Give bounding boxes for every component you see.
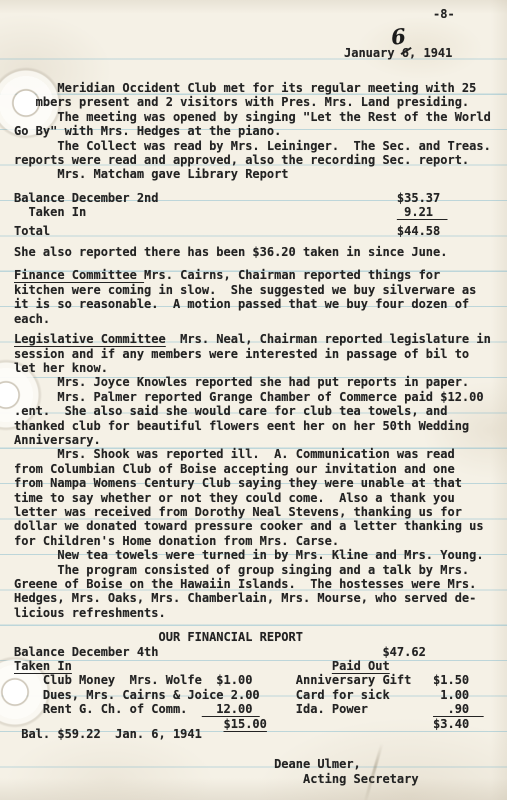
typewritten-line: Meridian Occident Club met for its regul… <box>14 81 506 95</box>
typewritten-line: from Columbian Club of Boise accepting o… <box>14 462 506 476</box>
typewritten-line: Club Money Mrs. Wolfe $1.00 Anniversary … <box>14 673 506 687</box>
library-balance-figures: Balance December 2nd $35.37 Taken In 9.2… <box>14 191 506 220</box>
typewritten-line: session and if any members were interest… <box>14 347 506 361</box>
typewritten-line: Hedges, Mrs. Oaks, Mrs. Chamberlain, Mrs… <box>14 591 506 605</box>
typewritten-line: Go By" with Mrs. Hedges at the piano. <box>14 124 506 138</box>
typewritten-line: it is so reasonable. A motion passed tha… <box>14 297 506 311</box>
typewritten-line: OUR FINANCIAL REPORT <box>14 630 506 644</box>
typewritten-line: Finance Committee Mrs. Cairns, Chairman … <box>14 268 506 282</box>
typewritten-line: Taken In Paid Out <box>14 659 506 673</box>
opening-paragraph: Meridian Occident Club met for its regul… <box>14 81 506 110</box>
typewritten-line: Mrs. Palmer reported Grange Chamber of C… <box>14 390 506 404</box>
finance-committee-paragraph: Finance Committee Mrs. Cairns, Chairman … <box>14 268 506 326</box>
typewritten-line: Balance December 4th $47.62 <box>14 645 506 659</box>
typewritten-line: The program consisted of group singing a… <box>14 563 506 577</box>
typewritten-line: mbers present and 2 visitors with Pres. … <box>14 95 506 109</box>
scanned-page: -8- January 6, 1941 6 Meridian Occident … <box>0 0 507 800</box>
typewritten-line: reports were read and approved, also the… <box>14 153 506 167</box>
typewritten-line: Mrs. Matcham gave Library Report <box>14 167 506 181</box>
typewritten-line: Deane Ulmer, <box>14 757 506 771</box>
typewritten-line: Greene of Boise on the Hawaiin Islands. … <box>14 577 506 591</box>
typewritten-line: for Children's Home donation from Mrs. C… <box>14 534 506 548</box>
typewritten-line: New tea towels were turned in by Mrs. Kl… <box>14 548 506 562</box>
program-paragraph: The program consisted of group singing a… <box>14 563 506 621</box>
tea-towels-paragraph: New tea towels were turned in by Mrs. Kl… <box>14 548 506 562</box>
typewritten-line: Taken In 9.21 <box>14 205 506 219</box>
typewritten-line: dollar we donated toward pressure cooker… <box>14 519 506 533</box>
typewritten-line: Total $44.58 <box>14 224 506 238</box>
typewritten-line: letter was received from Dorothy Neal St… <box>14 505 506 519</box>
taken-in-since-june: She also reported there has been $36.20 … <box>14 245 506 259</box>
knowles-paragraph: Mrs. Joyce Knowles reported she had put … <box>14 375 506 389</box>
typewritten-line: .ent. She also said she would care for c… <box>14 404 506 418</box>
collect-paragraph: The Collect was read by Mrs. Leininger. … <box>14 139 506 168</box>
typewritten-line: Acting Secretary <box>14 772 506 786</box>
typewritten-line: kitchen were coming in slow. She suggest… <box>14 283 506 297</box>
typewritten-line: Mrs. Joyce Knowles reported she had put … <box>14 375 506 389</box>
typewritten-line: Legislative Committee Mrs. Neal, Chairma… <box>14 332 506 346</box>
singing-paragraph: The meeting was opened by singing "Let t… <box>14 110 506 139</box>
library-report-line: Mrs. Matcham gave Library Report <box>14 167 506 181</box>
page-number: -8- <box>433 7 455 21</box>
date-year: , 1941 <box>409 46 452 60</box>
typewritten-line: She also reported there has been $36.20 … <box>14 245 506 259</box>
financial-report-table: OUR FINANCIAL REPORTBalance December 4th… <box>14 630 506 731</box>
typewritten-body: Meridian Occident Club met for its regul… <box>14 81 506 786</box>
typewritten-line: The meeting was opened by singing "Let t… <box>14 110 506 124</box>
typewritten-line: licious refreshments. <box>14 606 506 620</box>
typewritten-line: Rent G. Ch. of Comm. 12.00 Ida. Power .9… <box>14 702 506 716</box>
legislative-committee-paragraph: Legislative Committee Mrs. Neal, Chairma… <box>14 332 506 375</box>
typewritten-line: Anniversary. <box>14 433 506 447</box>
typewritten-line: The Collect was read by Mrs. Leininger. … <box>14 139 506 153</box>
typewritten-line: from Nampa Womens Century Club saying th… <box>14 476 506 490</box>
typewritten-line: thanked club for beautiful flowers eent … <box>14 419 506 433</box>
signature-block: Deane Ulmer, Acting Secretary <box>14 757 506 786</box>
typewritten-line: Mrs. Shook was reported ill. A. Communic… <box>14 447 506 461</box>
typewritten-line: each. <box>14 312 506 326</box>
library-balance-total: Total $44.58 <box>14 224 506 238</box>
shook-communications-paragraph: Mrs. Shook was reported ill. A. Communic… <box>14 447 506 548</box>
typewritten-line: time to say whether or not they could co… <box>14 491 506 505</box>
handwritten-correction: 6 <box>390 25 407 47</box>
typewritten-line: Balance December 2nd $35.37 <box>14 191 506 205</box>
typewritten-line: Dues, Mrs. Cairns & Joice 2.00 Card for … <box>14 688 506 702</box>
palmer-paragraph: Mrs. Palmer reported Grange Chamber of C… <box>14 390 506 448</box>
typewritten-line: let her know. <box>14 361 506 375</box>
